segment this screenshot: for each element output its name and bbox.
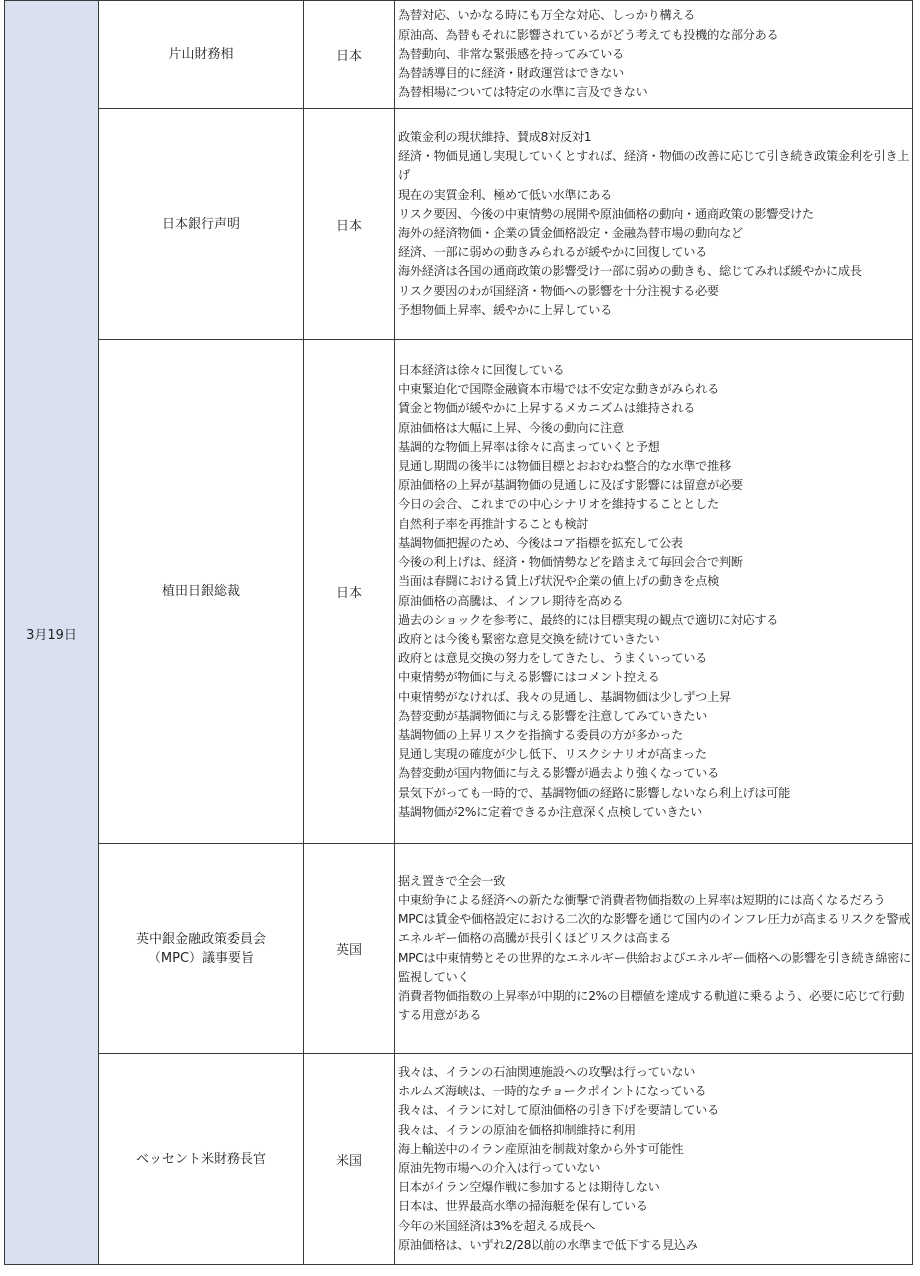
statement-line: 日本がイラン空爆作戦に参加するとは期待しない bbox=[395, 1178, 912, 1197]
statement-line: 原油価格は、いずれ2/28以前の水準まで低下する見込み bbox=[395, 1236, 912, 1255]
table-row: 3月19日 片山財務相 日本 為替対応、いかなる時にも万全な対応、しっかり構える… bbox=[5, 1, 913, 109]
statement-line: リスク要因、今後の中東情勢の展開や原油価格の動向・通商政策の影響受けた bbox=[395, 205, 912, 224]
statement-line: 政府とは今後も緊密な意見交換を続けていきたい bbox=[395, 630, 912, 649]
statement-line: 日本経済は徐々に回復している bbox=[395, 361, 912, 380]
statements-cell: 為替対応、いかなる時にも万全な対応、しっかり構える 原油高、為替もそれに影響され… bbox=[395, 1, 913, 109]
statement-line: 我々は、イランに対して原油価格の引き下げを要請している bbox=[395, 1101, 912, 1120]
statement-line: 原油先物市場への介入は行っていない bbox=[395, 1159, 912, 1178]
statement-line: 政策金利の現状維持、賛成8対反対1 bbox=[395, 128, 912, 147]
statements-table: 3月19日 片山財務相 日本 為替対応、いかなる時にも万全な対応、しっかり構える… bbox=[4, 0, 913, 1265]
country-cell: 日本 bbox=[304, 109, 395, 340]
statement-line: 現在の実質金利、極めて低い水準にある bbox=[395, 186, 912, 205]
statement-line: 為替動向、非常な緊張感を持ってみている bbox=[395, 45, 912, 64]
statement-line: 見通し期間の後半には物価目標とおおむね整合的な水準で推移 bbox=[395, 457, 912, 476]
statement-line: 見通し実現の確度が少し低下、リスクシナリオが高まった bbox=[395, 745, 912, 764]
statement-line: 海外経済は各国の通商政策の影響受け一部に弱めの動きも、総じてみれば緩やかに成長 bbox=[395, 262, 912, 281]
statement-line: 原油高、為替もそれに影響されているがどう考えても投機的な部分ある bbox=[395, 26, 912, 45]
country-cell: 米国 bbox=[304, 1054, 395, 1265]
statement-line: 為替変動が基調物価に与える影響を注意してみていきたい bbox=[395, 707, 912, 726]
speaker-name-line2: （MPC）議事要旨 bbox=[99, 949, 303, 968]
statement-line: 今後の利上げは、経済・物価情勢などを踏まえて毎回会合で判断 bbox=[395, 553, 912, 572]
statement-line: 中東情勢が物価に与える影響にはコメント控える bbox=[395, 668, 912, 687]
statement-line: ホルムズ海峡は、一時的なチョークポイントになっている bbox=[395, 1082, 912, 1101]
statement-line: 賃金と物価が緩やかに上昇するメカニズムは維持される bbox=[395, 399, 912, 418]
statement-line: 為替相場については特定の水準に言及できない bbox=[395, 83, 912, 102]
table-row: 英中銀金融政策委員会 （MPC）議事要旨 英国 据え置きで全会一致 中東紛争によ… bbox=[5, 844, 913, 1054]
statement-line: 為替対応、いかなる時にも万全な対応、しっかり構える bbox=[395, 6, 912, 25]
statement-line: 中東情勢がなければ、我々の見通し、基調物価は少しずつ上昇 bbox=[395, 688, 912, 707]
statement-line: 中東緊迫化で国際金融資本市場では不安定な動きがみられる bbox=[395, 380, 912, 399]
country-cell: 日本 bbox=[304, 1, 395, 109]
statement-line: 据え置きで全会一致 bbox=[395, 872, 912, 891]
statement-line: 経済、一部に弱めの動きみられるが緩やかに回復している bbox=[395, 243, 912, 262]
statement-line: 為替変動が国内物価に与える影響が過去より強くなっている bbox=[395, 764, 912, 783]
statement-line: MPCは中東情勢とその世界的なエネルギー供給およびエネルギー価格への影響を引き続… bbox=[395, 949, 912, 987]
statement-line: 予想物価上昇率、緩やかに上昇している bbox=[395, 301, 912, 320]
statement-line: 自然利子率を再推計することも検討 bbox=[395, 515, 912, 534]
statement-line: 原油価格は大幅に上昇、今後の動向に注意 bbox=[395, 419, 912, 438]
statement-line: 今日の会合、これまでの中心シナリオを維持することとした bbox=[395, 495, 912, 514]
statement-line: 基調物価の上昇リスクを指摘する委員の方が多かった bbox=[395, 726, 912, 745]
statement-line: 経済・物価見通し実現していくとすれば、経済・物価の改善に応じて引き続き政策金利を… bbox=[395, 147, 912, 185]
statement-line: 海外の経済物価・企業の賃金価格設定・金融為替市場の動向など bbox=[395, 224, 912, 243]
statement-line: 政府とは意見交換の努力をしてきたし、うまくいっている bbox=[395, 649, 912, 668]
country-cell: 日本 bbox=[304, 340, 395, 844]
date-cell: 3月19日 bbox=[5, 1, 99, 1265]
speaker-name-line1: 英中銀金融政策委員会 bbox=[99, 930, 303, 949]
statement-line: 過去のショックを参考に、最終的には目標実現の観点で適切に対応する bbox=[395, 611, 912, 630]
statement-line: 日本は、世界最高水準の掃海艇を保有している bbox=[395, 1197, 912, 1216]
statement-line: 原油価格の高騰は、インフレ期待を高める bbox=[395, 592, 912, 611]
statement-line: 海上輸送中のイラン産原油を制裁対象から外す可能性 bbox=[395, 1140, 912, 1159]
statement-line: 当面は春闘における賃上げ状況や企業の値上げの動きを点検 bbox=[395, 572, 912, 591]
statements-cell: 日本経済は徐々に回復している 中東緊迫化で国際金融資本市場では不安定な動きがみら… bbox=[395, 340, 913, 844]
statement-line: 今年の米国経済は3%を超える成長へ bbox=[395, 1217, 912, 1236]
table-row: 植田日銀総裁 日本 日本経済は徐々に回復している 中東緊迫化で国際金融資本市場で… bbox=[5, 340, 913, 844]
statement-line: 基調的な物価上昇率は徐々に高まっていくと予想 bbox=[395, 438, 912, 457]
statement-line: 基調物価把握のため、今後はコア指標を拡充して公表 bbox=[395, 534, 912, 553]
statement-line: 我々は、イランの石油関連施設への攻撃は行っていない bbox=[395, 1063, 912, 1082]
statement-line: 基調物価が2%に定着できるか注意深く点検していきたい bbox=[395, 803, 912, 822]
statement-line: 中東紛争による経済への新たな衝撃で消費者物価指数の上昇率は短期的には高くなるだろ… bbox=[395, 891, 912, 910]
statements-cell: 据え置きで全会一致 中東紛争による経済への新たな衝撃で消費者物価指数の上昇率は短… bbox=[395, 844, 913, 1054]
table-row: 日本銀行声明 日本 政策金利の現状維持、賛成8対反対1 経済・物価見通し実現して… bbox=[5, 109, 913, 340]
statement-line: エネルギー価格の高騰が長引くほどリスクは高まる bbox=[395, 929, 912, 948]
statement-line: 為替誘導目的に経済・財政運営はできない bbox=[395, 64, 912, 83]
speaker-cell: 英中銀金融政策委員会 （MPC）議事要旨 bbox=[99, 844, 304, 1054]
statement-line: MPCは賃金や価格設定における二次的な影響を通じて国内のインフレ圧力が高まるリス… bbox=[395, 910, 912, 929]
speaker-cell: ベッセント米財務長官 bbox=[99, 1054, 304, 1265]
table-row: ベッセント米財務長官 米国 我々は、イランの石油関連施設への攻撃は行っていない … bbox=[5, 1054, 913, 1265]
statement-line: 消費者物価指数の上昇率が中期的に2%の目標値を達成する軌道に乗るよう、必要に応じ… bbox=[395, 987, 912, 1025]
speaker-cell: 片山財務相 bbox=[99, 1, 304, 109]
speaker-cell: 植田日銀総裁 bbox=[99, 340, 304, 844]
country-cell: 英国 bbox=[304, 844, 395, 1054]
statement-line: 原油価格の上昇が基調物価の見通しに及ぼす影響には留意が必要 bbox=[395, 476, 912, 495]
statements-cell: 政策金利の現状維持、賛成8対反対1 経済・物価見通し実現していくとすれば、経済・… bbox=[395, 109, 913, 340]
statement-line: 我々は、イランの原油を価格抑制維持に利用 bbox=[395, 1121, 912, 1140]
statement-line: 景気下がっても一時的で、基調物価の経路に影響しないなら利上げは可能 bbox=[395, 784, 912, 803]
speaker-cell: 日本銀行声明 bbox=[99, 109, 304, 340]
statement-line: リスク要因のわが国経済・物価への影響を十分注視する必要 bbox=[395, 282, 912, 301]
statements-cell: 我々は、イランの石油関連施設への攻撃は行っていない ホルムズ海峡は、一時的なチョ… bbox=[395, 1054, 913, 1265]
